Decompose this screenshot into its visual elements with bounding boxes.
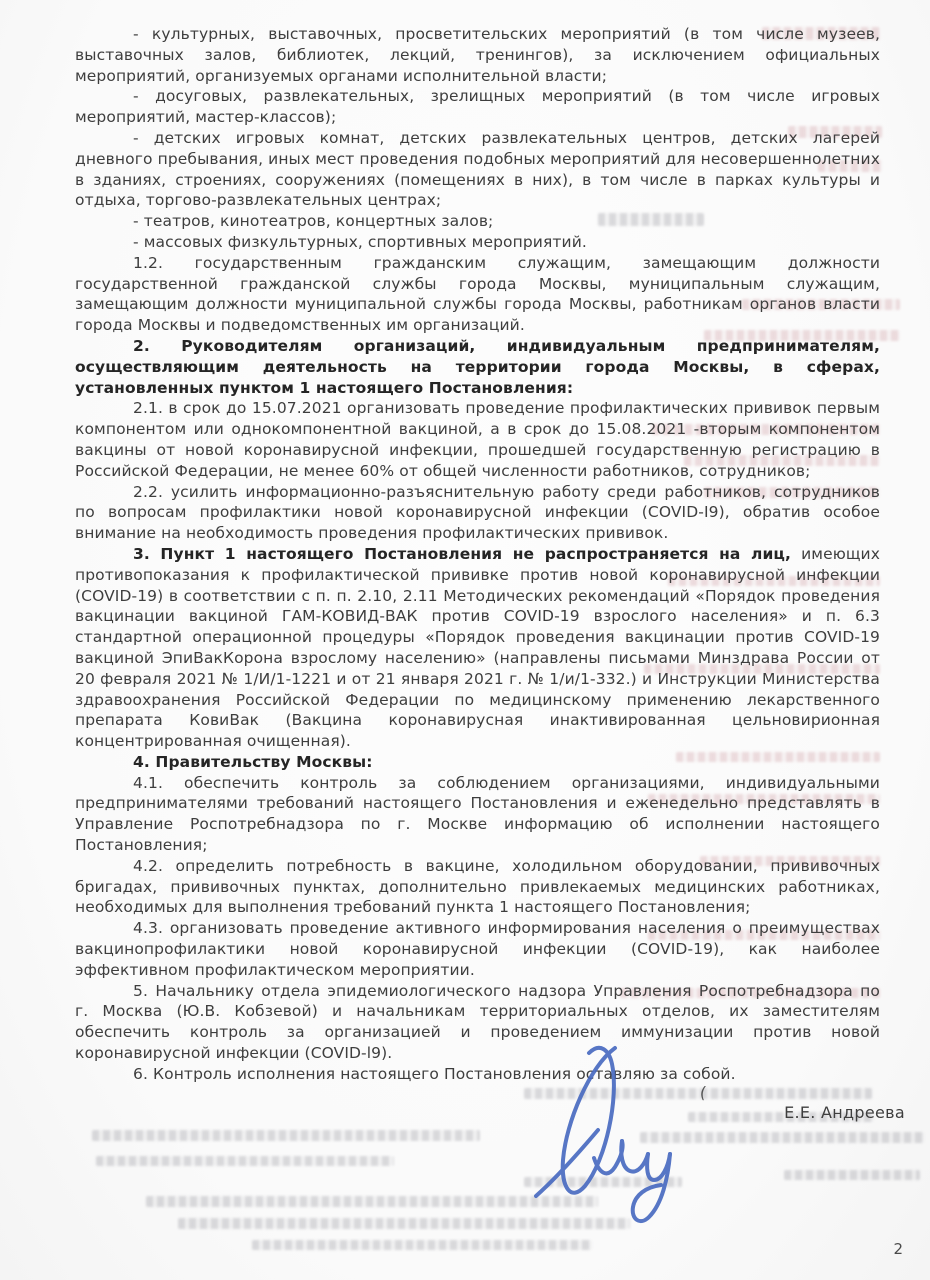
paragraph-text: - досуговых, развлекательных, зрелищных …	[75, 87, 880, 126]
paragraph-text: 4.1. обеспечить контроль за соблюдением …	[75, 774, 880, 854]
paragraph-text: 4.2. определить потребность в вакцине, х…	[75, 857, 880, 917]
paragraph: - культурных, выставочных, просветительс…	[75, 24, 880, 86]
paragraph-text: имеющих противопоказания к профилактичес…	[75, 545, 880, 750]
scanned-document-page: - культурных, выставочных, просветительс…	[0, 0, 930, 1280]
signer-name: Е.Е. Андреева	[784, 1103, 905, 1122]
bleedthrough-smudge	[92, 1130, 480, 1141]
paragraph-text: 4.3. организовать проведение активного и…	[75, 919, 880, 979]
pen-tick-mark: (	[699, 1083, 708, 1103]
paragraph: - массовых физкультурных, спортивных мер…	[75, 232, 880, 253]
paragraph: 2.1. в срок до 15.07.2021 организовать п…	[75, 398, 880, 481]
bleedthrough-smudge	[784, 1170, 920, 1180]
paragraph: 5. Начальнику отдела эпидемиологического…	[75, 981, 880, 1064]
paragraph: 4.2. определить потребность в вакцине, х…	[75, 856, 880, 918]
document-body: - культурных, выставочных, просветительс…	[75, 24, 880, 1085]
paragraph-text-bold: 3. Пункт 1 настоящего Постановления не р…	[133, 545, 791, 563]
paragraph-text: 2.1. в срок до 15.07.2021 организовать п…	[75, 399, 880, 479]
paragraph: 6. Контроль исполнения настоящего Постан…	[75, 1064, 880, 1085]
paragraph-text: 5. Начальнику отдела эпидемиологического…	[75, 982, 880, 1062]
paragraph: 3. Пункт 1 настоящего Постановления не р…	[75, 544, 880, 752]
paragraph: 4. Правительству Москвы:	[75, 752, 880, 773]
paragraph: 4.1. обеспечить контроль за соблюдением …	[75, 773, 880, 856]
paragraph: - театров, кинотеатров, концертных залов…	[75, 211, 880, 232]
paragraph: - детских игровых комнат, детских развле…	[75, 128, 880, 211]
paragraph: 2. Руководителям организаций, индивидуал…	[75, 336, 880, 398]
paragraph-text: 2.2. усилить информационно-разъяснительн…	[75, 483, 880, 543]
paragraph: 2.2. усилить информационно-разъяснительн…	[75, 482, 880, 544]
paragraph: - досуговых, развлекательных, зрелищных …	[75, 86, 880, 128]
paragraph-text-bold: 2. Руководителям организаций, индивидуал…	[75, 337, 880, 397]
paragraph-text: - массовых физкультурных, спортивных мер…	[133, 233, 587, 251]
paragraph-text: - детских игровых комнат, детских развле…	[75, 129, 880, 209]
paragraph-text: - театров, кинотеатров, концертных залов…	[133, 212, 493, 230]
bleedthrough-smudge	[252, 1240, 592, 1250]
signature-scribble	[518, 1038, 693, 1228]
paragraph-text-bold: 4. Правительству Москвы:	[133, 753, 373, 771]
paragraph: 1.2. государственным гражданским служащи…	[75, 253, 880, 336]
paragraph-text: 1.2. государственным гражданским служащи…	[75, 254, 880, 334]
paragraph-text: - культурных, выставочных, просветительс…	[75, 25, 880, 85]
paragraph: 4.3. организовать проведение активного и…	[75, 918, 880, 980]
bleedthrough-smudge	[96, 1156, 394, 1166]
page-number: 2	[893, 1240, 903, 1258]
